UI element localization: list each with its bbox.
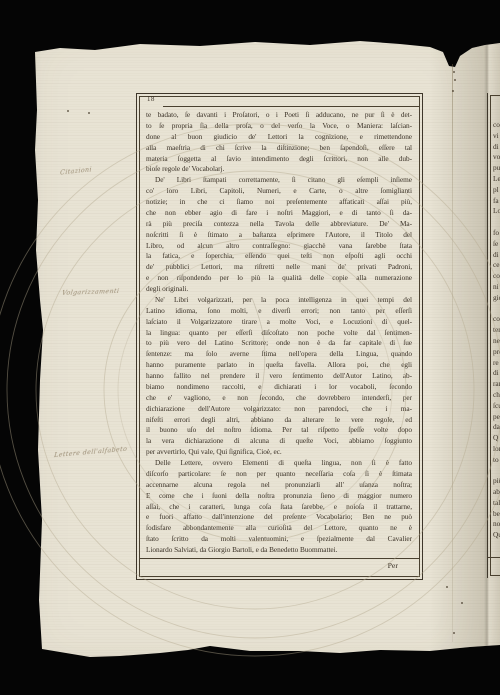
text-line: Libro, od alcun altro contraſſegno: giac… [146,241,412,252]
text-line: Lionardo Salviati, da Giorgio Bartoli, e… [146,545,412,556]
paper-speck [454,79,456,81]
text-line: laſciato il Volgarizzatore tirare a molt… [146,317,412,328]
facing-page-line-fragment: ſcu [493,401,500,412]
text-line: la fatica, e ſoperchia, eſſendo quei teſ… [146,251,412,262]
paper-speck [88,112,90,114]
facing-page-line-fragment: pu [493,163,500,174]
text-line: biamo nondimeno raccolti, e dichiarati i… [146,382,412,393]
facing-page-line-fragment: di [493,368,500,379]
text-line: de' pubblici Lettori, ma riſtretti nelle… [146,262,412,273]
text-line: done al buon giudicio de' Lettori la cog… [146,132,412,143]
paper-speck [446,586,448,588]
text-line: materia ſoggetta al ſavio intendimento d… [146,154,412,165]
paper-speck [67,110,69,112]
facing-page-line-fragment: fo [493,228,500,239]
facing-page-line-fragment: co [493,271,500,282]
facing-page-line-fragment: co [493,120,500,131]
facing-page-line-fragment: gio [493,293,500,304]
text-line: Delle Lettere, ovvero Elementi di queſta… [146,458,412,469]
facing-page-line-fragment: abb [493,487,500,498]
text-line: dichiarazione dell'Autore volgarizzato: … [146,404,412,415]
facing-page-line-fragment: Q [493,433,500,444]
facing-page-line-fragment: Qu [493,530,500,541]
facing-page-line-fragment: Le [493,174,500,185]
facing-page-line-fragment: be [493,509,500,520]
text-line: e fuori affatto dall'intenzione del preſ… [146,512,412,523]
text-line: e non riſpondendo per lo più la qualità … [146,273,412,284]
facing-page-sliver: covidivopuLeplfaLofoſediceconigiocoterne… [487,93,500,578]
facing-page-line-fragment [493,466,500,477]
book-scan-viewport: 18 Per te badato, ſe davanti i Proſatori… [0,0,500,695]
text-line: ſodisfare abbondantemente alla curioſità… [146,523,412,534]
text-line: per avvertirlo, Qui vale, Qui ſignifica,… [146,447,412,458]
facing-page-line-fragment: ne [493,336,500,347]
text-line: diſcorſo particolare: ſe non per quanto … [146,469,412,480]
facing-page-line-fragment: nom [493,519,500,530]
text-line: bioſe regole de' Vocabolarj. [146,164,412,175]
text-line: il buono uſo del noſtro idioma. Per tal … [146,425,412,436]
text-line: nifeſti errori degli altri, abbiano da a… [146,415,412,426]
text-line: ſtato ſcritto da molti valentuomini, e ſ… [146,534,412,545]
facing-page-line-fragment: più [493,476,500,487]
footer-rule [140,558,419,559]
gutter-fold-crease [452,64,453,642]
text-line: hanno fallito nel prendere il vero ſenti… [146,371,412,382]
facing-page-line-fragment: chi [493,390,500,401]
catchword: Per [388,561,398,570]
text-line: De' Libri ſtampati correttamente, ſi cit… [146,175,412,186]
text-line: ſentenze: ma ſolo averne ſtima nell'oper… [146,349,412,360]
facing-page-line-fragment: per [493,412,500,423]
text-line: hanno puramente parlato in queſta favell… [146,360,412,371]
facing-page-footer-rule [488,557,500,558]
paper-speck [453,71,455,73]
facing-page-line-fragment: ce [493,260,500,271]
facing-page-line-fragment: re [493,358,500,369]
text-line: che non ebber agio di fare i noſtri Magg… [146,208,412,219]
text-line: alla maeſtria di chi ſcrive la diſtinzio… [146,143,412,154]
text-line: E come che i ſuoni della noſtra pronunzi… [146,491,412,502]
text-line: te badato, ſe davanti i Proſatori, o i P… [146,110,412,121]
facing-page-line-fragment: vi [493,131,500,142]
paper-speck [461,602,463,604]
header-rule [163,106,419,107]
facing-page-line-fragment: ter [493,325,500,336]
page-number: 18 [147,96,155,103]
facing-page-line-fragment: di [493,250,500,261]
text-line: aſſai, che i caratteri, lunga coſa ſtata… [146,502,412,513]
facing-page-line-fragment: to [493,455,500,466]
facing-page-line-fragment: dag [493,422,500,433]
text-line: degli originali. [146,284,412,295]
facing-page-text-fragments: covidivopuLeplfaLofoſediceconigiocoterne… [493,120,500,541]
facing-page-line-fragment: co [493,314,500,325]
paper-speck [452,90,454,92]
facing-page-line-fragment: pl [493,185,500,196]
facing-page-line-fragment: ran [493,379,500,390]
text-line: co' loro Libri, Capitoli, Numeri, e Cart… [146,186,412,197]
facing-page-line-fragment: lon [493,444,500,455]
facing-page-line-fragment [493,304,500,315]
text-line: to ſe propria ſia della proſa, o del ver… [146,121,412,132]
facing-page-line-fragment: di [493,142,500,153]
text-line: che e' vagliono, e non ſecondo, che dovr… [146,393,412,404]
text-line: notizie; in che ci ſiamo noi preſentemen… [146,197,412,208]
facing-page-line-fragment: fa [493,196,500,207]
text-line: accennarne alcuna regola nel pronunziarl… [146,480,412,491]
text-line: noſcritti ſi è ſtimato a baſtanza eſprim… [146,230,412,241]
facing-page-line-fragment: talu [493,498,500,509]
text-line: rà più preciſa contezza nella Tavola del… [146,219,412,230]
paper-speck [453,632,455,634]
facing-page-line-fragment: vo [493,152,500,163]
facing-page-line-fragment: pre [493,347,500,358]
text-line: la vera dichiarazione di alcuna di queſt… [146,436,412,447]
text-line: Ne' Libri volgarizzati, per la poca inte… [146,295,412,306]
text-line: la lingua: quanto per eſſerſi diſcoſtato… [146,328,412,339]
facing-page-line-fragment: ni [493,282,500,293]
text-column: te badato, ſe davanti i Proſatori, o i P… [146,110,412,556]
text-line: to più vero del Latino Scrittore; onde n… [146,338,412,349]
facing-page-line-fragment [493,217,500,228]
facing-page-line-fragment: Lo [493,206,500,217]
facing-page-line-fragment: ſe [493,239,500,250]
text-line: Latino idioma, ſono molti, e diverſi err… [146,306,412,317]
